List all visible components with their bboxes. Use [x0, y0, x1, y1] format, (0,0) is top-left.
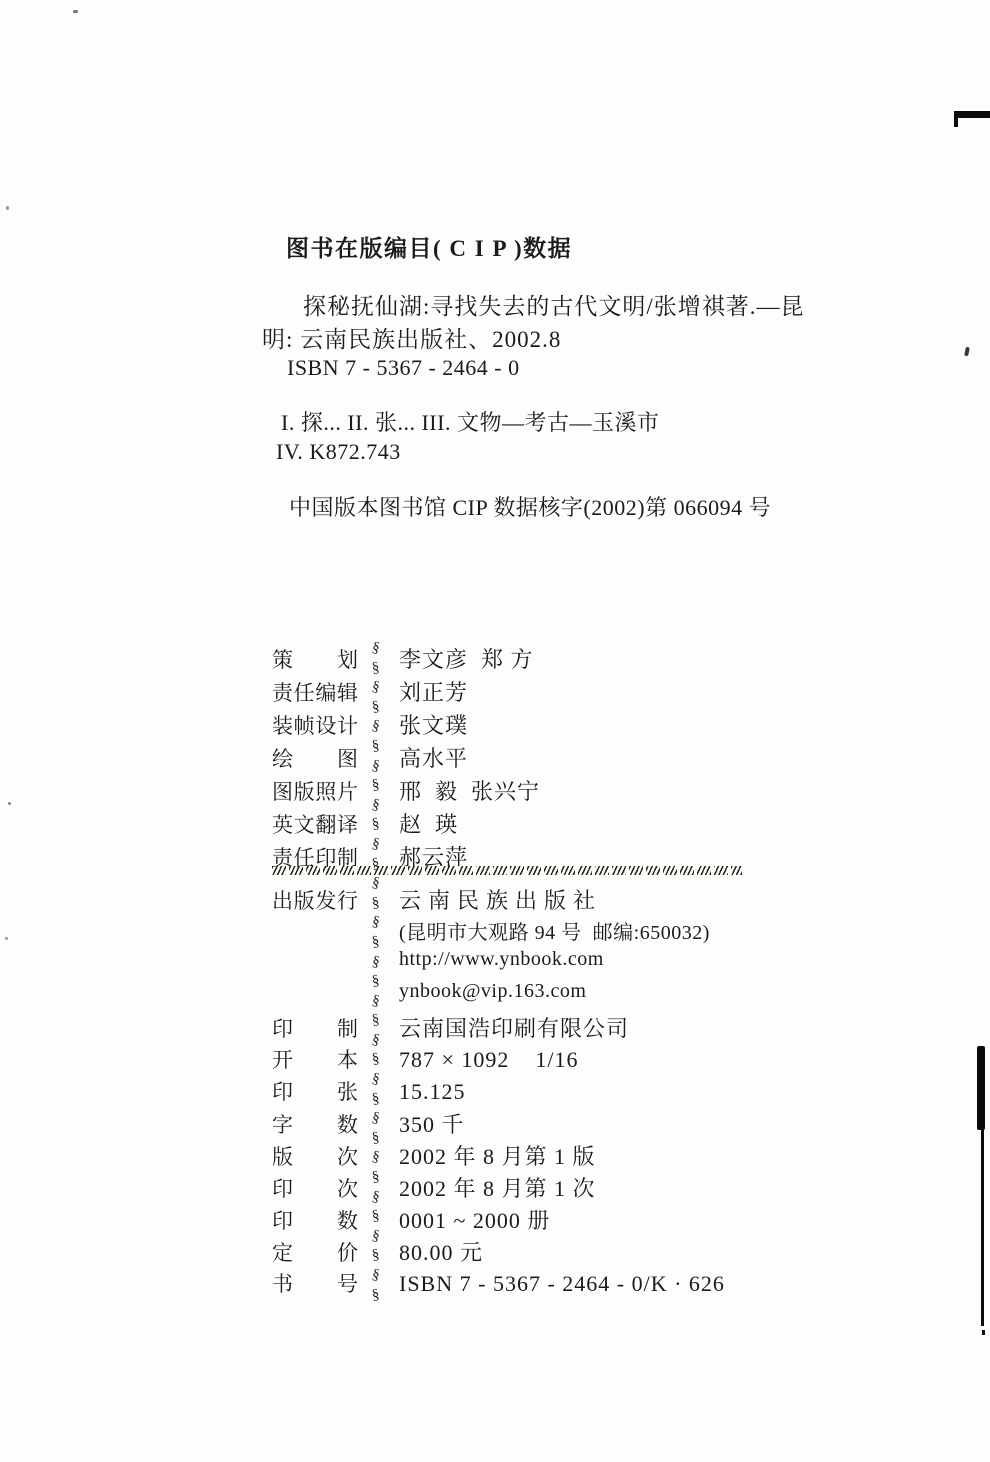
scan-speck [73, 10, 78, 13]
publisher-name: 云南民族出版社 [399, 884, 602, 915]
impression-value: 2002 年 8 月第 1 次 [399, 1172, 596, 1203]
publishing-label: 字数 [272, 1109, 358, 1139]
publishing-row-booknumber: 书号 ISBN 7 - 5367 - 2464 - 0/K · 626 [272, 1268, 725, 1300]
publishing-row-printer: 印制 云南国浩印刷有限公司 [272, 1012, 725, 1044]
publishing-row-website: http://www.ynbook.com [272, 948, 725, 980]
publishing-row-sheets: 印张 15.125 [272, 1076, 725, 1108]
ornament-glyph: § [371, 640, 381, 656]
ornament-glyph: § [371, 856, 381, 872]
scan-speck [6, 206, 9, 210]
scan-speck [964, 347, 970, 357]
right-edge-scan-bar [981, 1126, 984, 1326]
printrun-value: 0001 ~ 2000 册 [399, 1204, 550, 1235]
booknumber-value: ISBN 7 - 5367 - 2464 - 0/K · 626 [399, 1271, 725, 1297]
publishing-label: 版次 [272, 1141, 358, 1171]
publishing-label: 印张 [272, 1076, 358, 1106]
publishing-row-printrun: 印数 0001 ~ 2000 册 [272, 1204, 725, 1236]
publishing-label: 书号 [272, 1268, 358, 1298]
scan-speck [8, 802, 11, 805]
publishing-label: 开本 [272, 1044, 358, 1074]
credit-label: 策划 [272, 644, 358, 674]
credit-row-translation: 英文翻译 赵 瑛 [272, 808, 540, 841]
book-title-line-1: 探秘抚仙湖:寻找失去的古代文明/张增祺著.—昆 [303, 288, 805, 321]
ornament-glyph: § [371, 817, 381, 833]
ornament-glyph: § [371, 719, 381, 735]
publisher-website: http://www.ynbook.com [399, 948, 604, 971]
publishing-row-edition: 版次 2002 年 8 月第 1 版 [272, 1140, 725, 1172]
corner-registration-mark [954, 111, 958, 127]
cip-classification-line-1: I. 探... II. 张... III. 文物—考古—玉溪市 [281, 406, 659, 437]
publisher-address: (昆明市大观路 94 号 邮编:650032) [399, 916, 710, 945]
credit-value: 高水平 [399, 742, 468, 773]
publishing-row-price: 定价 80.00 元 [272, 1236, 725, 1268]
credit-label: 责任编辑 [272, 677, 358, 707]
publisher-email: ynbook@vip.163.com [399, 980, 586, 1003]
credit-label: 装帧设计 [272, 710, 358, 740]
credits-list: 策划 李文彦 郑 方 责任编辑 刘正芳 装帧设计 张文璞 绘图 高水平 图版照片… [272, 643, 540, 874]
publishing-row-impression: 印次 2002 年 8 月第 1 次 [272, 1172, 725, 1204]
ornament-glyph: § [371, 758, 381, 774]
credit-label: 英文翻译 [272, 809, 358, 839]
ornament-glyph: § [371, 699, 381, 715]
publishing-label: 出版发行 [272, 885, 358, 915]
credit-value: 刘正芳 [399, 676, 468, 707]
ornament-glyph: § [371, 797, 381, 813]
edition-value: 2002 年 8 月第 1 版 [399, 1140, 596, 1171]
wordcount-value: 350 千 [399, 1108, 465, 1139]
credit-label: 绘图 [272, 743, 358, 773]
cip-record-number: 中国版本图书馆 CIP 数据核字(2002)第 066094 号 [289, 491, 771, 522]
credit-label: 图版照片 [272, 776, 358, 806]
printer-name: 云南国浩印刷有限公司 [399, 1012, 629, 1043]
publishing-row-format: 开本 787 × 1092 1/16 [272, 1044, 725, 1076]
ornament-glyph: § [371, 836, 381, 852]
credit-row-planning: 策划 李文彦 郑 方 [272, 643, 540, 676]
price-value: 80.00 元 [399, 1236, 483, 1267]
credit-row-design: 装帧设计 张文璞 [272, 709, 540, 742]
credit-value: 张文璞 [399, 709, 468, 740]
format-value: 787 × 1092 1/16 [399, 1047, 579, 1073]
publishing-label: 定价 [272, 1237, 358, 1267]
ornament-glyph: § [371, 739, 381, 755]
right-edge-scan-bar [982, 1330, 985, 1335]
credit-row-photos: 图版照片 邢 毅 张兴宁 [272, 775, 540, 808]
publishing-label: 印制 [272, 1013, 358, 1043]
book-title-line-2: 明: 云南民族出版社、2002.8 [262, 321, 561, 354]
publishing-label: 印数 [272, 1205, 358, 1235]
ornament-glyph: § [371, 778, 381, 794]
scan-speck [5, 937, 8, 940]
cip-header-title: 图书在版编目( C I P )数据 [286, 230, 572, 263]
publishing-row-address: (昆明市大观路 94 号 邮编:650032) [272, 916, 725, 948]
publishing-row-publisher: 出版发行 云南民族出版社 [272, 884, 725, 916]
publishing-label: 印次 [272, 1173, 358, 1203]
isbn-number: ISBN 7 - 5367 - 2464 - 0 [287, 355, 520, 381]
credit-row-illustration: 绘图 高水平 [272, 742, 540, 775]
publishing-info-list: 出版发行 云南民族出版社 (昆明市大观路 94 号 邮编:650032) htt… [272, 884, 725, 1300]
ornament-glyph: § [371, 680, 381, 696]
right-edge-scan-bar [977, 1046, 985, 1130]
credit-value: 邢 毅 张兴宁 [399, 775, 540, 806]
copyright-page: 图书在版编目( C I P )数据 探秘抚仙湖:寻找失去的古代文明/张增祺著.—… [0, 0, 990, 1462]
horizontal-ornament-divider [272, 866, 742, 875]
credit-value: 李文彦 郑 方 [399, 643, 534, 674]
ornament-glyph: § [371, 660, 381, 676]
sheets-value: 15.125 [399, 1079, 466, 1105]
cip-classification-line-2: IV. K872.743 [276, 439, 401, 465]
publishing-row-wordcount: 字数 350 千 [272, 1108, 725, 1140]
credit-value: 赵 瑛 [399, 808, 458, 839]
credit-row-editor: 责任编辑 刘正芳 [272, 676, 540, 709]
publishing-row-email: ynbook@vip.163.com [272, 980, 725, 1012]
corner-registration-mark [955, 111, 990, 118]
